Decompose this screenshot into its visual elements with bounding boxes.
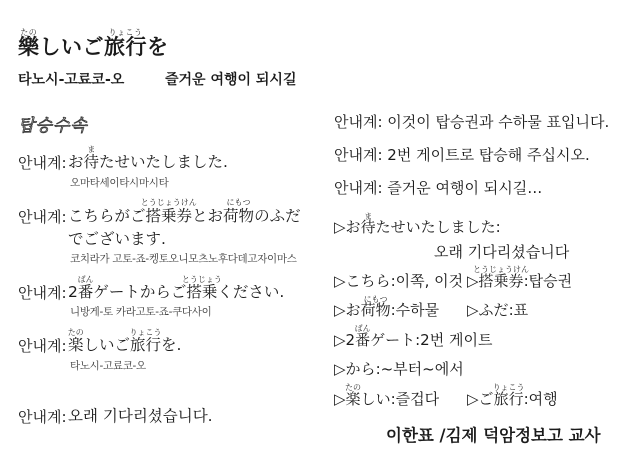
page-title: たの樂しいごりょこう旅行を [18,34,634,60]
ruby-base: ま待 [361,218,376,238]
dialog-text: 2ばん番ゲートからごとうじょう搭乗ください. [68,281,332,304]
furigana: にもつ [364,296,388,304]
dialog-row: 안내계:2ばん番ゲートからごとうじょう搭乗ください. [18,281,332,304]
lesson-page: たの樂しいごりょこう旅行を 타노시-고료코-오 즐거운 여행이 되시길 탑승수속… [0,0,640,453]
content-columns: 탑승수속 안내계:おま待たせいたしました.오마타세이타시마시타안내계:こちらがご… [18,111,634,446]
dialog-row: 안내계:오래 기다리셨습니다. [18,405,332,428]
ruby-base: りょこう旅行 [130,334,161,357]
transliteration: 오마타세이타시마시타 [70,175,332,190]
translation-line: 안내계: 즐거운 여행이 되시길… [334,177,634,198]
ruby-base: りょこう旅行 [104,34,147,60]
vocab-row: ▷おにもつ荷物:수하물▷ふだ:표 [334,301,634,321]
japanese-line: こちらがごとうじょうけん搭乗券とおにもつ荷物のふだ [68,205,332,228]
translation-list: 안내계: 이것이 탑승권과 수하물 표입니다.안내계: 2번 게이트로 탑승해 … [334,111,634,198]
furigana: ばん [355,325,371,333]
furigana: たの [20,29,37,37]
japanese-line: 오래 기다리셨습니다. [68,405,332,428]
dialog-text: おま待たせいたしました. [68,151,332,174]
speaker-label: 안내계: [18,405,68,427]
vocabulary-list: ▷おま待たせいたしました:오래 기다리셨습니다▷こちら:이쪽, 이것▷とうじょう… [334,218,634,409]
furigana: たの [345,384,361,392]
transliteration: 코치라가 고토-죠-켕토오니모츠노후다데고자이마스 [70,251,332,266]
japanese-line: おま待たせいたしました. [68,151,332,174]
furigana: たの [68,329,84,337]
vocab-item: ▷とうじょうけん搭乗券:탑승권 [467,272,572,292]
title-korean-translation: 즐거운 여행이 되시길 [165,69,296,89]
speaker-label: 안내계: [18,334,68,356]
dialog-row: 안내계:たの楽しいごりょこう旅行を. [18,334,332,357]
furigana: にもつ [227,199,251,207]
vocab-row: ▷こちら:이쪽, 이것▷とうじょうけん搭乗券:탑승권 [334,272,634,292]
transliteration: 니방게-토 카라고토-죠-쿠다사이 [70,304,332,319]
japanese-line: たの楽しいごりょこう旅行を. [68,334,332,357]
furigana: とうじょうけん [473,266,529,274]
vocab-row: ▷から:~부터~에서 [334,360,634,380]
ruby-base: ばん番 [355,331,370,351]
furigana: りょこう [493,384,525,392]
ruby-base: にもつ荷物 [223,205,254,228]
ruby-base: たの楽 [346,390,361,410]
dialog-row: 안내계:おま待たせいたしました. [18,151,332,174]
vocab-item: ▷たの楽しい:즐겁다 [334,390,467,410]
vocab-item: ▷おにもつ荷物:수하물 [334,301,467,321]
vocab-item: ▷ふだ:표 [467,301,528,321]
dialog-row: 안내계:こちらがごとうじょうけん搭乗券とおにもつ荷物のふだでございます. [18,205,332,252]
ruby-base: たの樂 [18,34,40,60]
dialog-entry: 안내계:おま待たせいたしました.오마타세이타시마시타 [18,151,332,189]
japanese-dialog-column: 탑승수속 안내계:おま待たせいたしました.오마타세이타시마시타안내계:こちらがご… [18,111,332,428]
title-transliteration: 타노시-고료코-오 [18,69,165,89]
speaker-label: 안내계: [18,205,68,227]
furigana: りょこう [130,329,162,337]
ruby-base: とうじょう搭乗 [186,281,217,304]
ruby-base: とうじょうけん搭乗券 [146,205,193,228]
dialog-text: こちらがごとうじょうけん搭乗券とおにもつ荷物のふだでございます. [68,205,332,252]
ruby-base: たの楽 [68,334,84,357]
dialog-entry: 안내계:오래 기다리셨습니다. [18,405,332,428]
vocab-row: ▷たの楽しい:즐겁다▷ごりょこう旅行:여행 [334,390,634,410]
ruby-base: ばん番 [78,281,94,304]
translation-line: 안내계: 이것이 탑승권과 수하물 표입니다. [334,111,634,132]
section-title: 탑승수속 [18,111,332,136]
ruby-base: りょこう旅行 [494,390,524,410]
page-title-text: たの樂しいごりょこう旅行を [18,35,169,59]
ruby-base: ま待 [84,151,100,174]
vocab-item: ▷ごりょこう旅行:여행 [467,390,558,410]
speaker-label: 안내계: [18,281,68,303]
vocab-item: ▷から:~부터~에서 [334,360,467,380]
translation-line: 안내계: 2번 게이트로 탑승해 주십시오. [334,144,634,165]
korean-translation-column: 안내계: 이것이 탑승권과 수하물 표입니다.안내계: 2번 게이트로 탑승해 … [332,111,634,446]
transliteration: 타노시-고료코-오 [70,358,332,373]
subtitle-row: 타노시-고료코-오 즐거운 여행이 되시길 [18,69,634,89]
header: たの樂しいごりょこう旅行を 타노시-고료코-오 즐거운 여행이 되시길 [18,34,634,89]
dialog-entry: 안내계:こちらがごとうじょうけん搭乗券とおにもつ荷物のふだでございます.코치라가… [18,205,332,267]
furigana: りょこう [109,29,143,37]
dialog-text: 오래 기다리셨습니다. [68,405,332,428]
speaker-label: 안내계: [18,151,68,173]
vocab-item: ▷2ばん番ゲート:2번 게이트 [334,331,492,351]
furigana: ま [87,146,95,154]
dialog-text: たの楽しいごりょこう旅行を. [68,334,332,357]
ruby-base: とうじょうけん搭乗券 [479,272,524,292]
vocab-item: ▷おま待たせいたしました: [334,218,501,238]
dialog-entry: 안내계:たの楽しいごりょこう旅行を.타노시-고료코-오 [18,334,332,372]
furigana: とうじょう [182,276,222,284]
furigana: ばん [78,276,94,284]
japanese-line: でございます. [68,228,332,251]
vocab-row: ▷おま待たせいたしました: [334,218,634,238]
author-credit: 이한표 /김제 덕암정보고 교사 [334,422,634,446]
vocab-translation-below: 오래 기다리셨습니다 [434,241,634,262]
furigana: とうじょうけん [141,199,197,207]
dialog-entry: 안내계:2ばん番ゲートからごとうじょう搭乗ください.니방게-토 카라고토-죠-쿠… [18,281,332,319]
vocab-item: ▷こちら:이쪽, 이것 [334,272,467,292]
japanese-line: 2ばん番ゲートからごとうじょう搭乗ください. [68,281,332,304]
furigana: ま [364,213,372,221]
ruby-base: にもつ荷物 [361,301,391,321]
dialog-list: 안내계:おま待たせいたしました.오마타세이타시마시타안내계:こちらがごとうじょう… [18,151,332,428]
vocab-row: ▷2ばん番ゲート:2번 게이트 [334,331,634,351]
